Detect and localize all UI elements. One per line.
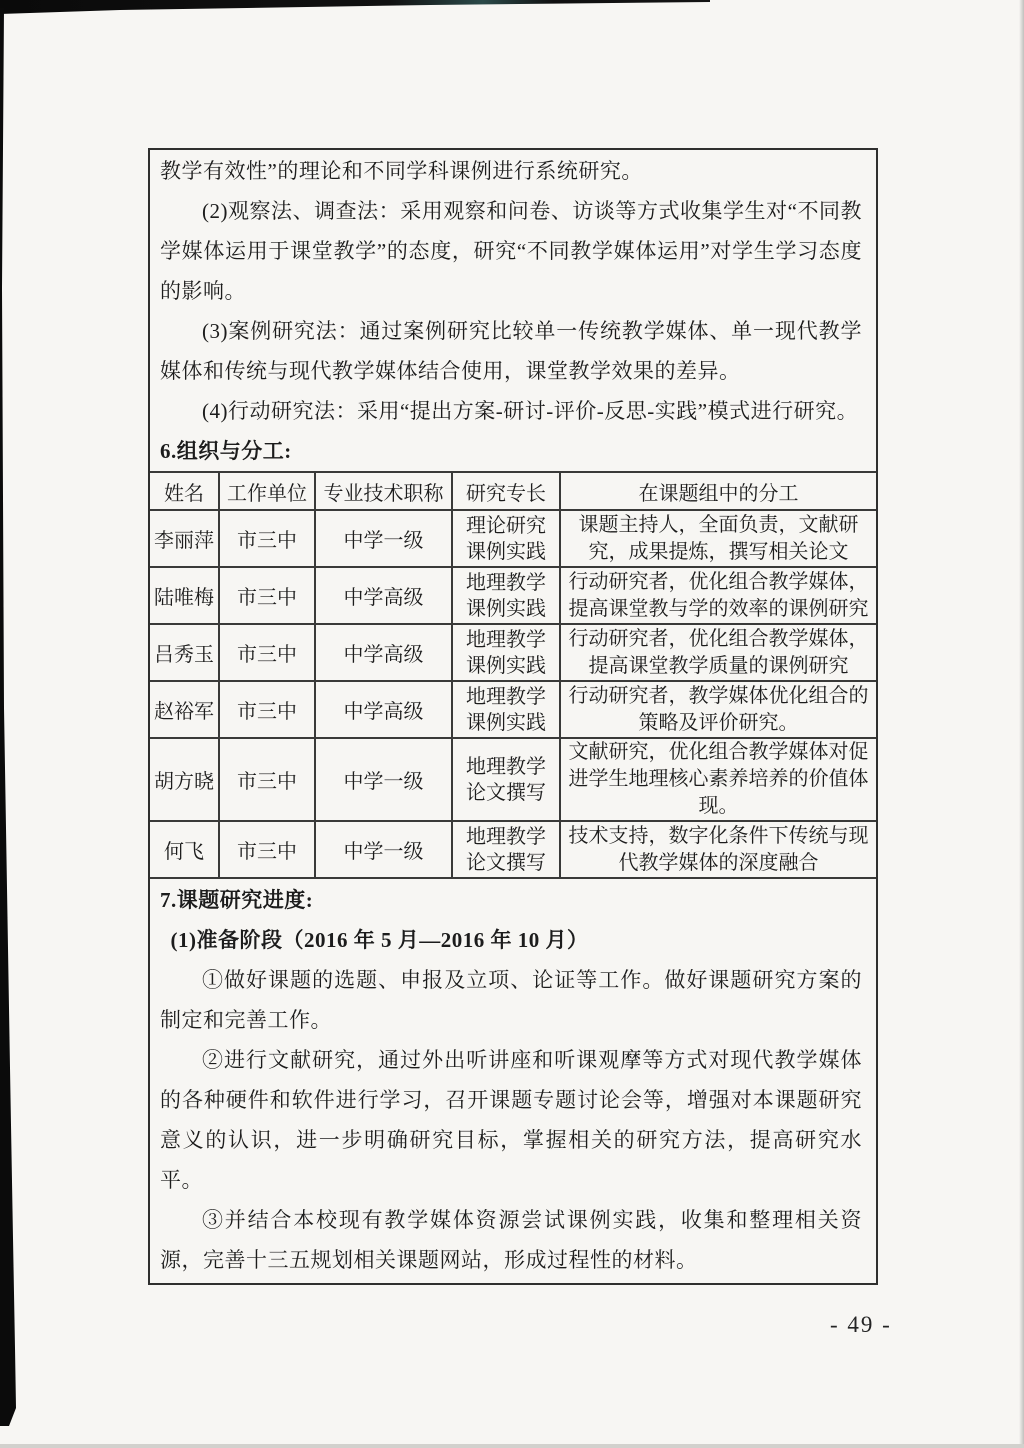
cell-role: 行动研究者，优化组合教学媒体，提高课堂教与学的效率的课例研究 — [560, 567, 876, 624]
specialty-line: 地理教学 — [457, 754, 555, 780]
stage1-item-2: ②进行文献研究，通过外出听讲座和听课观摩等方式对现代教学媒体的各种硬件和软件进行… — [160, 1040, 862, 1200]
section7-heading: 7.课题研究进度: — [160, 880, 862, 920]
cell-role: 课题主持人，全面负责，文献研究，成果提炼，撰写相关论文 — [560, 510, 876, 567]
stage1-item-3: ③并结合本校现有教学媒体资源尝试课例实践，收集和整理相关资源，完善十三五规划相关… — [160, 1200, 862, 1280]
specialty-line: 课例实践 — [457, 710, 555, 736]
cell-title: 中学高级 — [315, 624, 452, 681]
table-header-name: 姓名 — [150, 472, 219, 510]
stage1-item-1: ①做好课题的选题、申报及立项、论证等工作。做好课题研究方案的制定和完善工作。 — [160, 960, 862, 1040]
paragraph-method-2: (2)观察法、调查法：采用观察和问卷、访谈等方式收集学生对“不同教学媒体运用于课… — [160, 191, 862, 311]
cell-title: 中学高级 — [315, 567, 452, 624]
cell-specialty: 地理教学 课例实践 — [452, 567, 560, 624]
specialty-line: 课例实践 — [457, 653, 555, 679]
table-row: 陆唯梅 市三中 中学高级 地理教学 课例实践 行动研究者，优化组合教学媒体，提高… — [150, 567, 876, 624]
cell-unit: 市三中 — [219, 821, 315, 878]
paragraph-method-3: (3)案例研究法：通过案例研究比较单一传统教学媒体、单一现代教学媒体和传统与现代… — [160, 311, 862, 391]
stage1-heading: (1)准备阶段（2016 年 5 月—2016 年 10 月） — [160, 920, 862, 960]
page-number: - 49 - — [830, 1312, 892, 1338]
document-frame: 教学有效性”的理论和不同学科课例进行系统研究。 (2)观察法、调查法：采用观察和… — [148, 148, 878, 1285]
cell-specialty: 地理教学 课例实践 — [452, 681, 560, 738]
table-header-unit: 工作单位 — [219, 472, 315, 510]
cell-title: 中学一级 — [315, 738, 452, 821]
table-row: 胡方晓 市三中 中学一级 地理教学 论文撰写 文献研究，优化组合教学媒体对促进学… — [150, 738, 876, 821]
team-division-table: 姓名 工作单位 专业技术职称 研究专长 在课题组中的分工 李丽萍 市三中 中学一… — [150, 471, 876, 879]
specialty-line: 地理教学 — [457, 570, 555, 596]
paragraph-method-4: (4)行动研究法：采用“提出方案-研讨-评价-反思-实践”模式进行研究。 — [160, 391, 862, 431]
cell-role: 行动研究者，教学媒体优化组合的策略及评价研究。 — [560, 681, 876, 738]
cell-name: 胡方晓 — [150, 738, 219, 821]
cell-role: 技术支持，数字化条件下传统与现代教学媒体的深度融合 — [560, 821, 876, 878]
cell-title: 中学高级 — [315, 681, 452, 738]
cell-role: 文献研究，优化组合教学媒体对促进学生地理核心素养培养的价值体现。 — [560, 738, 876, 821]
cell-name: 吕秀玉 — [150, 624, 219, 681]
cell-name: 何飞 — [150, 821, 219, 878]
scanned-page: 教学有效性”的理论和不同学科课例进行系统研究。 (2)观察法、调查法：采用观察和… — [0, 0, 1024, 1448]
scan-edge-bottom — [0, 1444, 1024, 1448]
cell-title: 中学一级 — [315, 821, 452, 878]
cell-specialty: 地理教学 论文撰写 — [452, 821, 560, 878]
progress-section: 7.课题研究进度: (1)准备阶段（2016 年 5 月—2016 年 10 月… — [150, 879, 876, 1285]
specialty-line: 地理教学 — [457, 824, 555, 850]
methods-section: 教学有效性”的理论和不同学科课例进行系统研究。 (2)观察法、调查法：采用观察和… — [150, 150, 876, 471]
table-header-specialty: 研究专长 — [452, 472, 560, 510]
specialty-line: 地理教学 — [457, 627, 555, 653]
table-row: 何飞 市三中 中学一级 地理教学 论文撰写 技术支持，数字化条件下传统与现代教学… — [150, 821, 876, 878]
table-header-role: 在课题组中的分工 — [560, 472, 876, 510]
cell-name: 赵裕军 — [150, 681, 219, 738]
table-row: 吕秀玉 市三中 中学高级 地理教学 课例实践 行动研究者，优化组合教学媒体，提高… — [150, 624, 876, 681]
cell-role: 行动研究者，优化组合教学媒体，提高课堂教学质量的课例研究 — [560, 624, 876, 681]
cell-specialty: 地理教学 论文撰写 — [452, 738, 560, 821]
cell-specialty: 理论研究 课例实践 — [452, 510, 560, 567]
table-row: 李丽萍 市三中 中学一级 理论研究 课例实践 课题主持人，全面负责，文献研究，成… — [150, 510, 876, 567]
cell-name: 李丽萍 — [150, 510, 219, 567]
section6-heading: 6.组织与分工: — [160, 431, 862, 471]
specialty-line: 论文撰写 — [457, 780, 555, 806]
cell-unit: 市三中 — [219, 624, 315, 681]
table-header-title: 专业技术职称 — [315, 472, 452, 510]
specialty-line: 理论研究 — [457, 513, 555, 539]
cell-unit: 市三中 — [219, 510, 315, 567]
specialty-line: 课例实践 — [457, 539, 555, 565]
specialty-line: 论文撰写 — [457, 850, 555, 876]
cell-unit: 市三中 — [219, 681, 315, 738]
table-row: 赵裕军 市三中 中学高级 地理教学 课例实践 行动研究者，教学媒体优化组合的策略… — [150, 681, 876, 738]
stage2-heading: (2)实施阶段（2016 年 10 月—2017 年 12 月） — [160, 1280, 862, 1285]
specialty-line: 课例实践 — [457, 596, 555, 622]
specialty-line: 地理教学 — [457, 684, 555, 710]
cell-name: 陆唯梅 — [150, 567, 219, 624]
table-header-row: 姓名 工作单位 专业技术职称 研究专长 在课题组中的分工 — [150, 472, 876, 510]
cell-specialty: 地理教学 课例实践 — [452, 624, 560, 681]
scan-edge-top — [0, 0, 710, 14]
scan-edge-right — [1019, 0, 1024, 1448]
scan-edge-left — [0, 8, 16, 1428]
paragraph-continuation: 教学有效性”的理论和不同学科课例进行系统研究。 — [160, 151, 862, 191]
cell-title: 中学一级 — [315, 510, 452, 567]
cell-unit: 市三中 — [219, 567, 315, 624]
cell-unit: 市三中 — [219, 738, 315, 821]
